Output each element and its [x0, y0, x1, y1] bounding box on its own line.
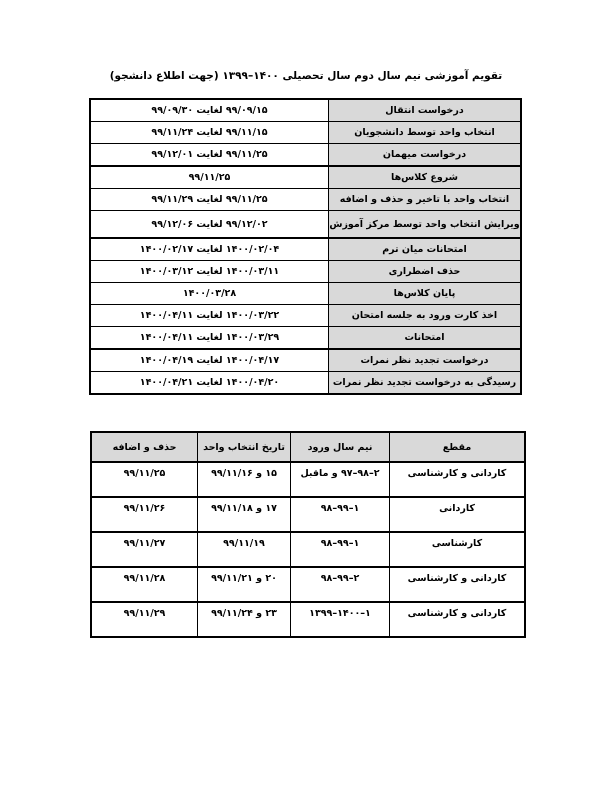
- event-label: رسیدگی به درخواست تجدید نظر نمرات: [329, 372, 522, 395]
- event-date: ۹۹/۱۱/۲۵ لغایت ۹۹/۱۱/۲۹: [90, 189, 329, 211]
- table-row: درخواست تجدید نظر نمرات۱۴۰۰/۰۴/۱۷ لغایت …: [90, 349, 521, 372]
- table-row: اخذ کارت ورود به جلسه امتحان۱۴۰۰/۰۳/۲۲ ل…: [90, 305, 521, 327]
- column-header: نیم سال ورود: [291, 432, 390, 462]
- table-row: امتحانات میان ترم۱۴۰۰/۰۲/۰۴ لغایت ۱۴۰۰/۰…: [90, 238, 521, 261]
- event-date: ۱۴۰۰/۰۳/۱۱ لغایت ۱۴۰۰/۰۳/۱۲: [90, 261, 329, 283]
- event-date: ۹۹/۱۲/۰۲ لغایت ۹۹/۱۲/۰۶: [90, 211, 329, 239]
- event-date: ۹۹/۱۱/۲۵ لغایت ۹۹/۱۲/۰۱: [90, 144, 329, 167]
- table-cell: ۲–۹۹–۹۸: [291, 567, 390, 602]
- table-row: امتحانات۱۴۰۰/۰۳/۲۹ لغایت ۱۴۰۰/۰۴/۱۱: [90, 327, 521, 350]
- event-date: ۱۴۰۰/۰۳/۲۲ لغایت ۱۴۰۰/۰۴/۱۱: [90, 305, 329, 327]
- event-label: امتحانات: [329, 327, 522, 350]
- table-cell: ۱–۹۹–۹۸: [291, 497, 390, 532]
- table-cell: ۱–۱۴۰۰–۱۳۹۹: [291, 602, 390, 637]
- column-header: حذف و اضافه: [91, 432, 198, 462]
- event-date: ۱۴۰۰/۰۲/۰۴ لغایت ۱۴۰۰/۰۲/۱۷: [90, 238, 329, 261]
- table-row: کاردانی و کارشناسی ۲–۹۹–۹۸ ۲۰ و ۹۹/۱۱/۲۱…: [91, 567, 525, 602]
- event-date: ۹۹/۰۹/۱۵ لغایت ۹۹/۰۹/۳۰: [90, 99, 329, 122]
- table-row: پایان کلاس‌ها۱۴۰۰/۰۳/۲۸: [90, 283, 521, 305]
- table-row: درخواست میهمان۹۹/۱۱/۲۵ لغایت ۹۹/۱۲/۰۱: [90, 144, 521, 167]
- table-row: کاردانی ۱–۹۹–۹۸ ۱۷ و ۹۹/۱۱/۱۸ ۹۹/۱۱/۲۶: [91, 497, 525, 532]
- event-label: درخواست انتقال: [329, 99, 522, 122]
- table-row: انتخاب واحد توسط دانشجویان۹۹/۱۱/۱۵ لغایت…: [90, 122, 521, 144]
- table-row: کاردانی و کارشناسی ۲–۹۸–۹۷ و ماقبل ۱۵ و …: [91, 462, 525, 497]
- table-cell: ۱۷ و ۹۹/۱۱/۱۸: [198, 497, 291, 532]
- table-cell: کارشناسی: [390, 532, 526, 567]
- event-date: ۹۹/۱۱/۱۵ لغایت ۹۹/۱۱/۲۴: [90, 122, 329, 144]
- table-cell: ۹۹/۱۱/۲۷: [91, 532, 198, 567]
- event-label: امتحانات میان ترم: [329, 238, 522, 261]
- table-cell: ۲۰ و ۹۹/۱۱/۲۱: [198, 567, 291, 602]
- event-label: انتخاب واحد توسط دانشجویان: [329, 122, 522, 144]
- event-date: ۱۴۰۰/۰۳/۲۸: [90, 283, 329, 305]
- table-cell: ۱۵ و ۹۹/۱۱/۱۶: [198, 462, 291, 497]
- table-row: ویرایش انتخاب واحد توسط مرکز آموزش۹۹/۱۲/…: [90, 211, 521, 239]
- table-header-row: مقطع نیم سال ورود تاریخ انتخاب واحد حذف …: [91, 432, 525, 462]
- document-title: تقویم آموزشی نیم سال دوم سال تحصیلی ۱۴۰۰…: [0, 70, 612, 82]
- registration-schedule-table: مقطع نیم سال ورود تاریخ انتخاب واحد حذف …: [90, 431, 526, 638]
- table-cell: کاردانی و کارشناسی: [390, 567, 526, 602]
- event-label: درخواست میهمان: [329, 144, 522, 167]
- table-row: رسیدگی به درخواست تجدید نظر نمرات۱۴۰۰/۰۴…: [90, 372, 521, 395]
- table-row: کارشناسی ۱–۹۹–۹۸ ۹۹/۱۱/۱۹ ۹۹/۱۱/۲۷: [91, 532, 525, 567]
- table-cell: ۲۳ و ۹۹/۱۱/۲۴: [198, 602, 291, 637]
- table-row: شروع کلاس‌ها۹۹/۱۱/۲۵: [90, 166, 521, 189]
- table-cell: کاردانی و کارشناسی: [390, 602, 526, 637]
- table-cell: کاردانی و کارشناسی: [390, 462, 526, 497]
- column-header: تاریخ انتخاب واحد: [198, 432, 291, 462]
- event-label: حذف اضطراری: [329, 261, 522, 283]
- event-label: شروع کلاس‌ها: [329, 166, 522, 189]
- table-cell: ۹۹/۱۱/۲۸: [91, 567, 198, 602]
- event-date: ۹۹/۱۱/۲۵: [90, 166, 329, 189]
- table-row: کاردانی و کارشناسی ۱–۱۴۰۰–۱۳۹۹ ۲۳ و ۹۹/۱…: [91, 602, 525, 637]
- table-cell: ۹۹/۱۱/۲۹: [91, 602, 198, 637]
- event-label: ویرایش انتخاب واحد توسط مرکز آموزش: [329, 211, 522, 239]
- table-row: حذف اضطراری۱۴۰۰/۰۳/۱۱ لغایت ۱۴۰۰/۰۳/۱۲: [90, 261, 521, 283]
- event-label: درخواست تجدید نظر نمرات: [329, 349, 522, 372]
- table-cell: ۲–۹۸–۹۷ و ماقبل: [291, 462, 390, 497]
- event-label: پایان کلاس‌ها: [329, 283, 522, 305]
- event-date: ۱۴۰۰/۰۴/۲۰ لغایت ۱۴۰۰/۰۴/۲۱: [90, 372, 329, 395]
- column-header: مقطع: [390, 432, 526, 462]
- event-date: ۱۴۰۰/۰۳/۲۹ لغایت ۱۴۰۰/۰۴/۱۱: [90, 327, 329, 350]
- event-date: ۱۴۰۰/۰۴/۱۷ لغایت ۱۴۰۰/۰۴/۱۹: [90, 349, 329, 372]
- table-cell: ۹۹/۱۱/۲۵: [91, 462, 198, 497]
- table-cell: ۹۹/۱۱/۱۹: [198, 532, 291, 567]
- event-label: انتخاب واحد با تاخیر و حذف و اضافه: [329, 189, 522, 211]
- table-cell: ۹۹/۱۱/۲۶: [91, 497, 198, 532]
- table-cell: ۱–۹۹–۹۸: [291, 532, 390, 567]
- academic-calendar-table: درخواست انتقال۹۹/۰۹/۱۵ لغایت ۹۹/۰۹/۳۰ ان…: [89, 98, 522, 395]
- table-cell: کاردانی: [390, 497, 526, 532]
- table-row: انتخاب واحد با تاخیر و حذف و اضافه۹۹/۱۱/…: [90, 189, 521, 211]
- event-label: اخذ کارت ورود به جلسه امتحان: [329, 305, 522, 327]
- table-row: درخواست انتقال۹۹/۰۹/۱۵ لغایت ۹۹/۰۹/۳۰: [90, 99, 521, 122]
